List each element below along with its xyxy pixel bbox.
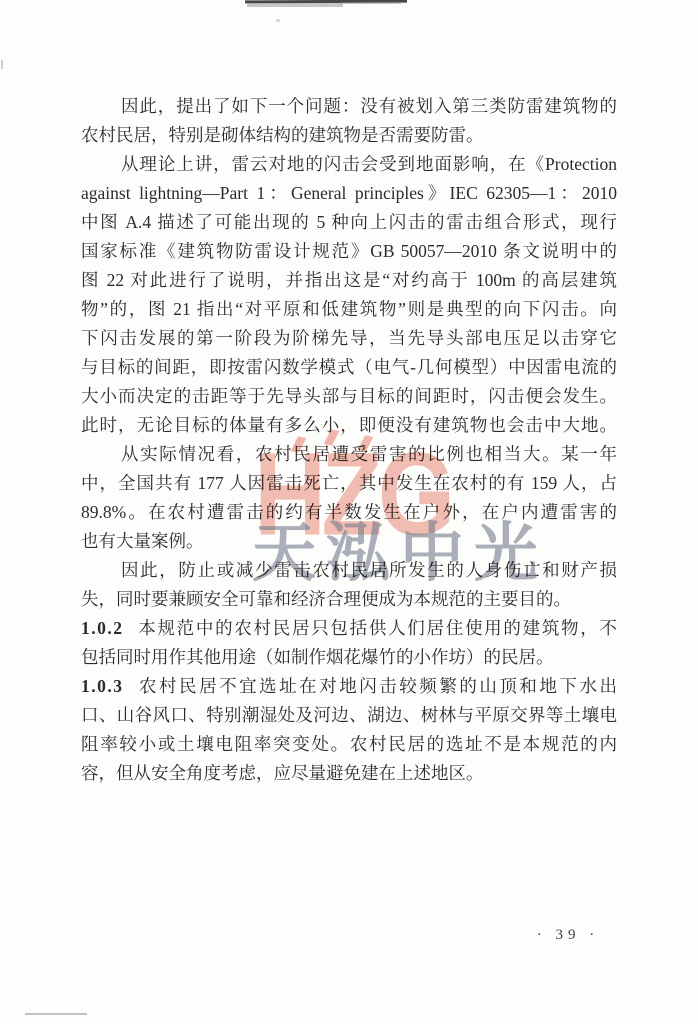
text-line: 1.0.2本规范中的农村民居只包括供人们居住使用的建筑物，不 (81, 614, 617, 643)
text-line: 容，但从安全角度考虑，应尽量避免建在上述地区。 (81, 759, 617, 788)
text-line: 与目标的间距，即按雷闪数学模式（电气-几何模型）中因雷电流的 (81, 353, 617, 382)
text-line: 阻率较小或土壤电阻率突变处。农村民居的选址不是本规范的内 (81, 730, 617, 759)
scanned-document-page: 因此，提出了如下一个问题：没有被划入第三类防雷建筑物的农村民居，特别是砌体结构的… (0, 0, 698, 1024)
text-line: 包括同时用作其他用途（如制作烟花爆竹的小作坊）的民居。 (81, 643, 617, 672)
text-line: 物”的，图 21 指出“对平原和低建筑物”则是典型的向下闪击。向 (81, 295, 617, 324)
text-line: against lightning—Part 1：General princip… (81, 179, 617, 208)
body-text: 因此，提出了如下一个问题：没有被划入第三类防雷建筑物的农村民居，特别是砌体结构的… (81, 92, 617, 788)
text-line: 大小而决定的击距等于先导头部与目标的间距时，闪击便会发生。 (81, 382, 617, 411)
text-line: 农村民居，特别是砌体结构的建筑物是否需要防雷。 (81, 121, 617, 150)
scan-artifact-left-edge (1, 60, 3, 69)
text-line: 图 22 对此进行了说明，并指出这是“对约高于 100m 的高层建筑 (81, 266, 617, 295)
scan-artifact-dot (276, 19, 280, 22)
text-line: 中，全国共有 177 人因雷击死亡，其中发生在农村的有 159 人，占 (81, 469, 617, 498)
text-line: 失，同时要兼顾安全可靠和经济合理便成为本规范的主要目的。 (81, 585, 617, 614)
text-line: 此时，无论目标的体量有多么小，即便没有建筑物也会击中大地。 (81, 411, 617, 440)
text-line: 因此，提出了如下一个问题：没有被划入第三类防雷建筑物的 (81, 92, 617, 121)
text-line: 从理论上讲，雷云对地的闪击会受到地面影响，在《Protection (81, 150, 617, 179)
text-line: 从实际情况看，农村民居遭受雷害的比例也相当大。某一年 (81, 440, 617, 469)
scan-artifact-top-shadow-2 (341, 2, 401, 4)
text-line: 下闪击发展的第一阶段为阶梯先导，当先导头部电压足以击穿它 (81, 324, 617, 353)
section-number: 1.0.2 (81, 618, 124, 638)
text-line: 1.0.3农村民居不宜选址在对地闪击较频繁的山顶和地下水出 (81, 672, 617, 701)
text-line: 国家标准《建筑物防雷设计规范》GB 50057—2010 条文说明中的 (81, 237, 617, 266)
scan-artifact-top-shadow (247, 3, 343, 7)
text-line: 口、山谷风口、特别潮湿处及河边、湖边、树林与平原交界等土壤电 (81, 701, 617, 730)
section-number: 1.0.3 (81, 676, 124, 696)
text-line: 中图 A.4 描述了可能出现的 5 种向上闪击的雷击组合形式，现行 (81, 208, 617, 237)
scan-artifact-top-streak (245, 0, 407, 3)
text-line: 也有大量案例。 (81, 527, 617, 556)
text-line: 因此，防止或减少雷击农村民居所发生的人身伤亡和财产损 (81, 556, 617, 585)
page-number: · 39 · (518, 927, 618, 944)
scan-artifact-bottom-streak (25, 1013, 87, 1015)
text-line: 89.8%。在农村遭雷击的约有半数发生在户外，在户内遭雷害的 (81, 498, 617, 527)
